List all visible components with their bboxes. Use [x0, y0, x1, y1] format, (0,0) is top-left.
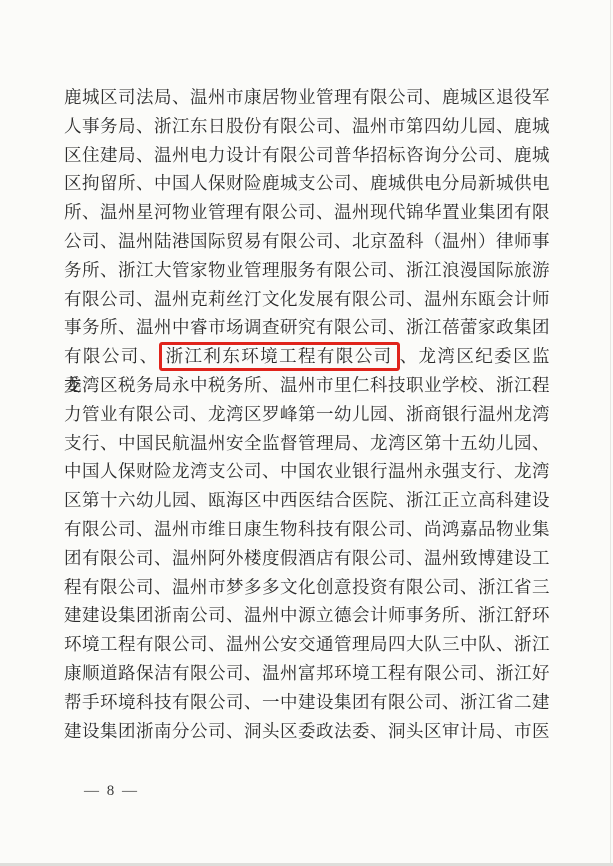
text-line: 务所、浙江大管家物业管理服务有限公司、浙江浪漫国际旅游 — [64, 256, 550, 285]
document-body-text: 鹿城区司法局、温州市康居物业管理有限公司、鹿城区退役军人事务局、浙江东日股份有限… — [64, 83, 550, 745]
text-line: 建建设集团浙南公司、温州中源立德会计师事务所、浙江舒环 — [64, 601, 550, 630]
text-line: 鹿城区司法局、温州市康居物业管理有限公司、鹿城区退役军 — [64, 83, 550, 112]
text-line: 建设集团浙南分公司、洞头区委政法委、洞头区审计局、市医 — [64, 717, 550, 746]
text-line: 力管业有限公司、龙湾区罗峰第一幼儿园、浙商银行温州龙湾 — [64, 400, 550, 429]
text-line: 有限公司、温州克莉丝汀文化发展有限公司、温州东瓯会计师 — [64, 285, 550, 314]
text-line: 区住建局、温州电力设计有限公司普华招标咨询分公司、鹿城 — [64, 141, 550, 170]
text-line: 公司、温州陆港国际贸易有限公司、北京盈科（温州）律师事 — [64, 227, 550, 256]
text-line: 中国人保财险龙湾支公司、中国农业银行温州永强支行、龙湾 — [64, 457, 550, 486]
text-line: 康顺道路保洁有限公司、温州富邦环境工程有限公司、浙江好 — [64, 659, 550, 688]
scan-edge-right — [610, 0, 611, 866]
text-line: 人事务局、浙江东日股份有限公司、温州市第四幼儿园、鹿城 — [64, 112, 550, 141]
text-line: 环境工程有限公司、温州公安交通管理局四大队三中队、浙江 — [64, 630, 550, 659]
text-line: 帮手环境科技有限公司、一中建设集团有限公司、浙江省二建 — [64, 688, 550, 717]
highlight-box: 浙江利东环境工程有限公司 — [159, 342, 400, 371]
text-line: 所、温州星河物业管理有限公司、温州现代锦华置业集团有限 — [64, 198, 550, 227]
text-segment: 有限公司、 — [64, 346, 159, 366]
document-page: 鹿城区司法局、温州市康居物业管理有限公司、鹿城区退役军人事务局、浙江东日股份有限… — [0, 0, 613, 866]
text-line: 团有限公司、温州阿外楼度假酒店有限公司、温州致博建设工 — [64, 544, 550, 573]
text-line: 支行、中国民航温州安全监督管理局、龙湾区第十五幼儿园、 — [64, 429, 550, 458]
text-line: 区第十六幼儿园、瓯海区中西医结合医院、浙江正立高科建设 — [64, 486, 550, 515]
text-line: 程有限公司、温州市梦多多文化创意投资有限公司、浙江省三 — [64, 573, 550, 602]
text-line: 有限公司、温州市维日康生物科技有限公司、尚鸿嘉品物业集 — [64, 515, 550, 544]
text-line: 有限公司、浙江利东环境工程有限公司、龙湾区纪委区监委、 — [64, 342, 550, 371]
page-number: — 8 — — [84, 783, 139, 800]
text-line: 事务所、温州中睿市场调查研究有限公司、浙江蓓蕾家政集团 — [64, 313, 550, 342]
text-line: 区拘留所、中国人保财险鹿城支公司、鹿城供电分局新城供电 — [64, 169, 550, 198]
text-line: 龙湾区税务局永中税务所、温州市里仁科技职业学校、浙江程 — [64, 371, 550, 400]
